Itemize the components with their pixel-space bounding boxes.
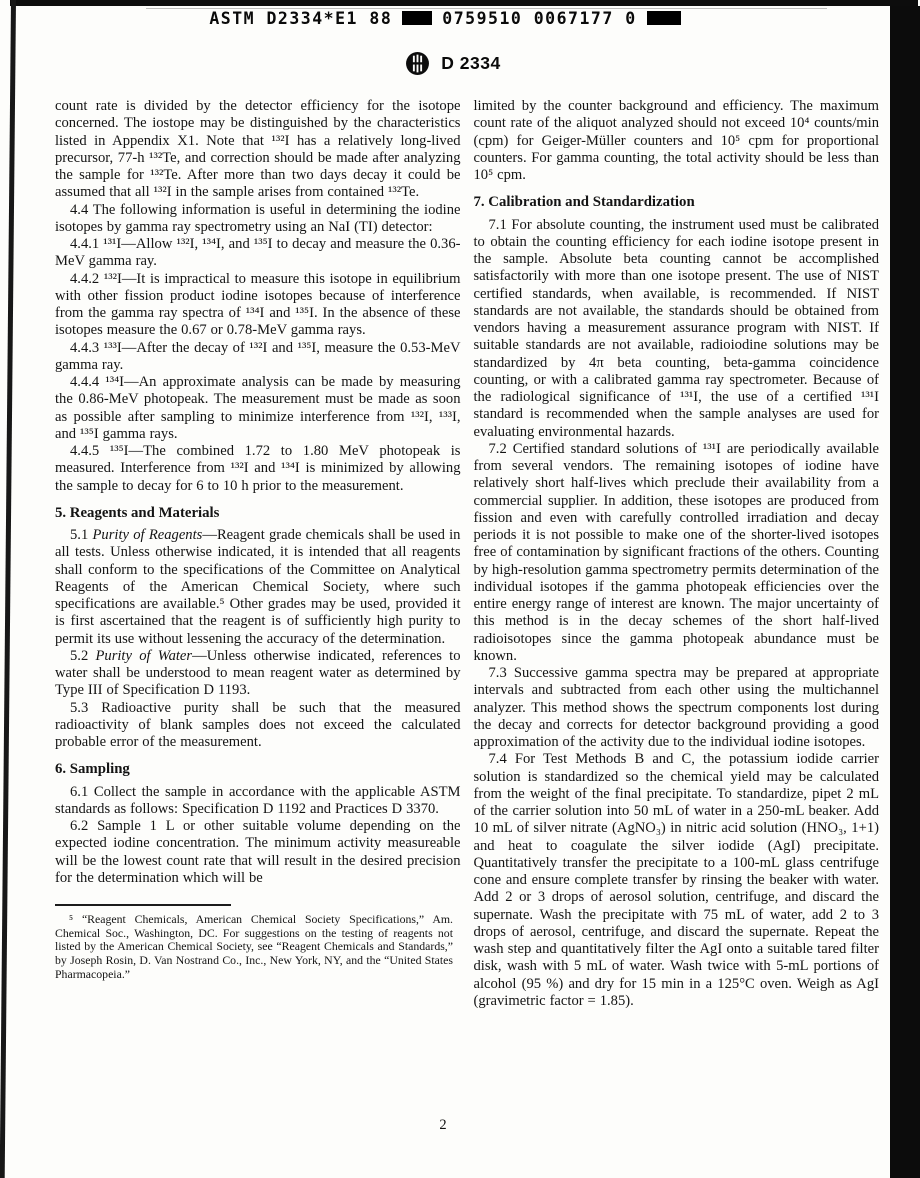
text-run: 5.1 — [70, 527, 93, 543]
scan-artifact-left-edge — [0, 0, 16, 1178]
designation: D 2334 — [441, 53, 500, 73]
document-page: ASTM D2334*E1 880759510 0067177 0 D 2334… — [0, 0, 920, 1178]
para-4-4: 4.4 The following information is useful … — [55, 202, 461, 237]
text-run: limited by the counter background and ef… — [474, 98, 880, 183]
text-run: 7.4 For Test Methods B and C, the potass… — [474, 751, 880, 1009]
text-run: 5.3 Radioactive purity shall be such tha… — [55, 700, 461, 751]
text-run: 7.1 For absolute counting, the instrumen… — [474, 217, 880, 440]
text-run: 7.3 Successive gamma spectra may be prep… — [474, 665, 880, 750]
footnote: ⁵ “Reagent Chemicals, American Chemical … — [55, 913, 453, 982]
para-5-1: 5.1 Purity of Reagents—Reagent grade che… — [55, 527, 461, 648]
para-6-1: 6.1 Collect the sample in accordance wit… — [55, 784, 461, 819]
left-column: count rate is divided by the detector ef… — [55, 98, 461, 1010]
document-header: D 2334 — [0, 51, 906, 81]
text-run: 6.1 Collect the sample in accordance wit… — [55, 784, 461, 817]
barcode-block-icon — [402, 11, 432, 25]
para-5-3: 5.3 Radioactive purity shall be such tha… — [55, 700, 461, 752]
text-run: Purity of Reagents — [93, 527, 203, 543]
para-count-rate-continuation: count rate is divided by the detector ef… — [55, 98, 461, 202]
text-run: count rate is divided by the detector ef… — [55, 98, 461, 200]
scan-artifact-right-edge — [890, 6, 920, 1178]
astm-seal-icon — [405, 51, 430, 81]
text-run: 4.4.2 ¹³²I—It is impractical to measure … — [55, 271, 461, 339]
right-column: limited by the counter background and ef… — [474, 98, 880, 1010]
para-7-4: 7.4 For Test Methods B and C, the potass… — [474, 751, 880, 1010]
para-limited-continuation: limited by the counter background and ef… — [474, 98, 880, 184]
para-5-2: 5.2 Purity of Water—Unless otherwise ind… — [55, 648, 461, 700]
document-body: count rate is divided by the detector ef… — [55, 98, 879, 1010]
para-7-3: 7.3 Successive gamma spectra may be prep… — [474, 665, 880, 751]
para-6-2: 6.2 Sample 1 L or other suitable volume … — [55, 818, 461, 887]
text-run: 5.2 — [70, 648, 95, 664]
section-6-heading: 6. Sampling — [55, 761, 461, 778]
para-4-4-1: 4.4.1 ¹³¹I—Allow ¹³²I, ¹³⁴I, and ¹³⁵I to… — [55, 236, 461, 271]
section-5-heading: 5. Reagents and Materials — [55, 505, 461, 522]
text-run: 7.2 Certified standard solutions of ¹³¹I… — [474, 441, 880, 664]
para-4-4-5: 4.4.5 ¹³⁵I—The combined 1.72 to 1.80 MeV… — [55, 443, 461, 495]
footnote-rule — [55, 904, 231, 906]
text-run: 4.4.1 ¹³¹I—Allow ¹³²I, ¹³⁴I, and ¹³⁵I to… — [55, 236, 461, 269]
scan-artifact-top-edge — [10, 0, 918, 6]
para-4-4-4: 4.4.4 ¹³⁴I—An approximate analysis can b… — [55, 374, 461, 443]
text-run: 6.2 Sample 1 L or other suitable volume … — [55, 818, 461, 886]
scan-header-text-right: 0759510 0067177 0 — [442, 9, 636, 28]
text-run: 4.4.4 ¹³⁴I—An approximate analysis can b… — [55, 374, 461, 442]
scan-header-line: ASTM D2334*E1 880759510 0067177 0 — [30, 9, 870, 28]
para-7-2: 7.2 Certified standard solutions of ¹³¹I… — [474, 441, 880, 665]
text-run: 4.4 The following information is useful … — [55, 202, 461, 235]
para-7-1: 7.1 For absolute counting, the instrumen… — [474, 217, 880, 441]
text-run: Purity of Water — [95, 648, 192, 664]
text-run: —Reagent grade chemicals shall be used i… — [55, 527, 461, 647]
page-number: 2 — [0, 1117, 886, 1134]
section-7-heading: 7. Calibration and Standardization — [474, 194, 880, 211]
para-4-4-3: 4.4.3 ¹³³I—After the decay of ¹³²I and ¹… — [55, 340, 461, 375]
scan-header-text-left: ASTM D2334*E1 88 — [209, 9, 392, 28]
text-run: 4.4.3 ¹³³I—After the decay of ¹³²I and ¹… — [55, 340, 461, 373]
barcode-block-icon — [647, 11, 681, 25]
text-run: 4.4.5 ¹³⁵I—The combined 1.72 to 1.80 MeV… — [55, 443, 461, 494]
para-4-4-2: 4.4.2 ¹³²I—It is impractical to measure … — [55, 271, 461, 340]
